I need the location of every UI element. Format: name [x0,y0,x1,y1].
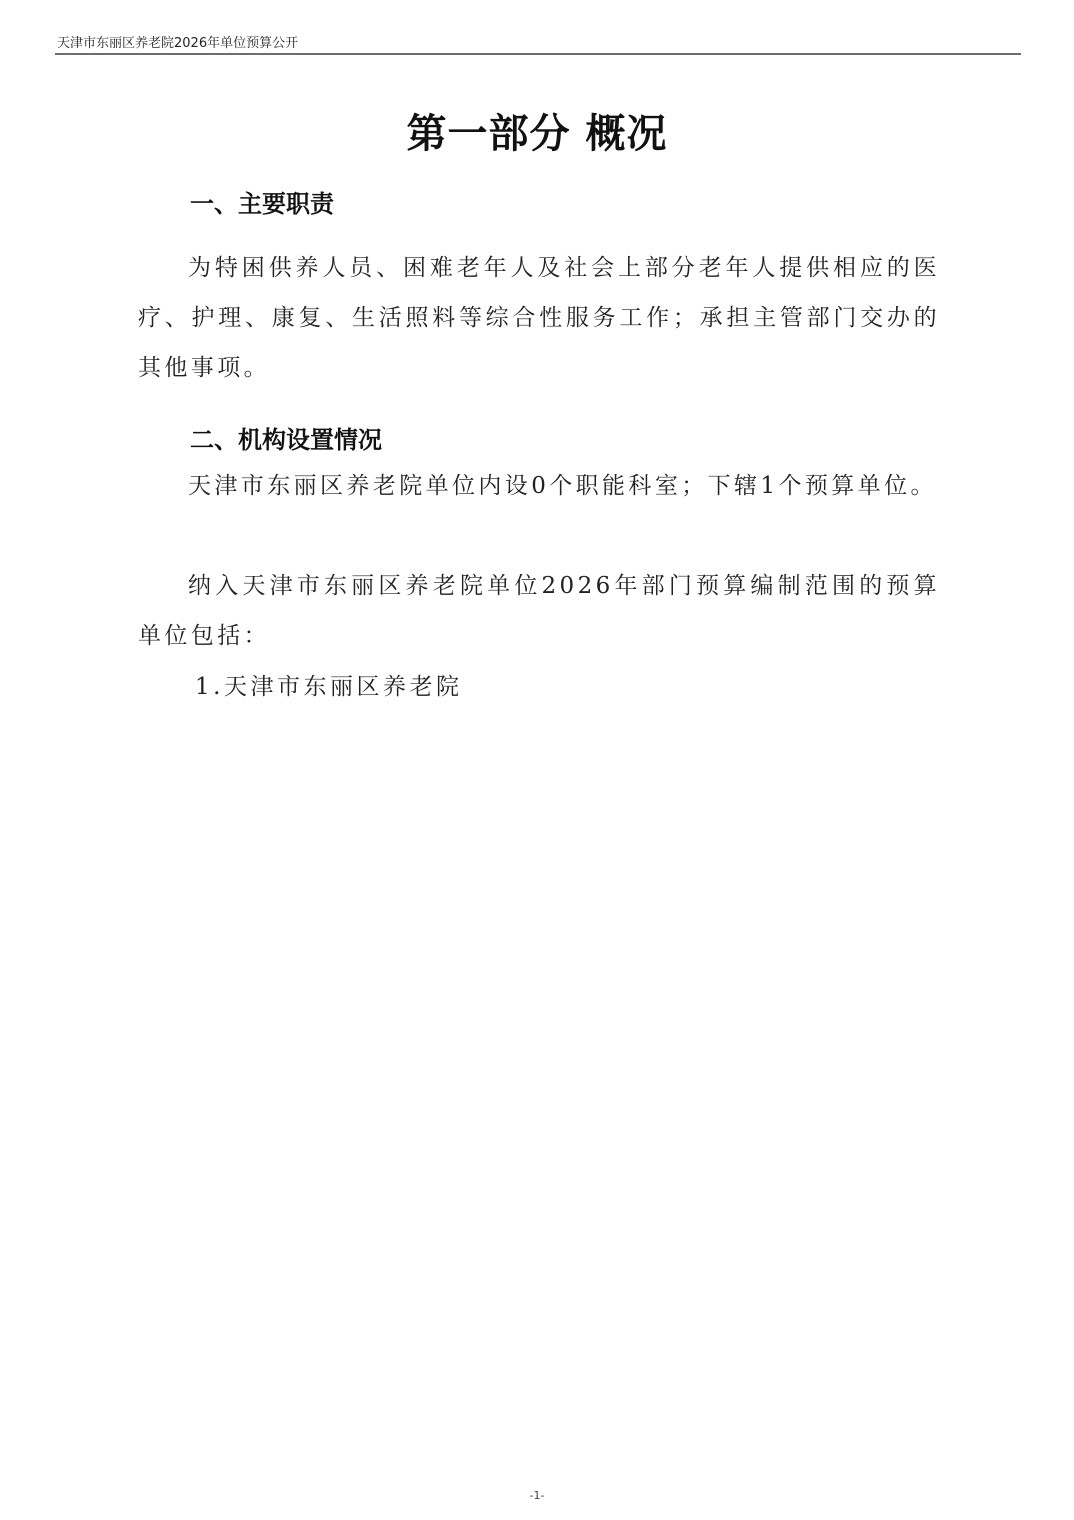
header-divider [55,53,1021,55]
running-header: 天津市东丽区养老院2026年单位预算公开 [57,32,298,51]
page-title: 第一部分 概况 [0,102,1074,159]
section-heading-organization: 二、机构设置情况 [190,420,382,455]
budget-unit-list-item: 1.天津市东丽区养老院 [195,662,462,712]
paragraph-organization: 天津市东丽区养老院单位内设0个职能科室；下辖1个预算单位。 [138,461,940,511]
section-heading-duties: 一、主要职责 [190,184,334,219]
page-number: -1- [0,1489,1074,1502]
paragraph-budget-scope: 纳入天津市东丽区养老院单位2026年部门预算编制范围的预算单位包括： [138,561,940,661]
paragraph-duties: 为特困供养人员、困难老年人及社会上部分老年人提供相应的医疗、护理、康复、生活照料… [138,243,940,393]
